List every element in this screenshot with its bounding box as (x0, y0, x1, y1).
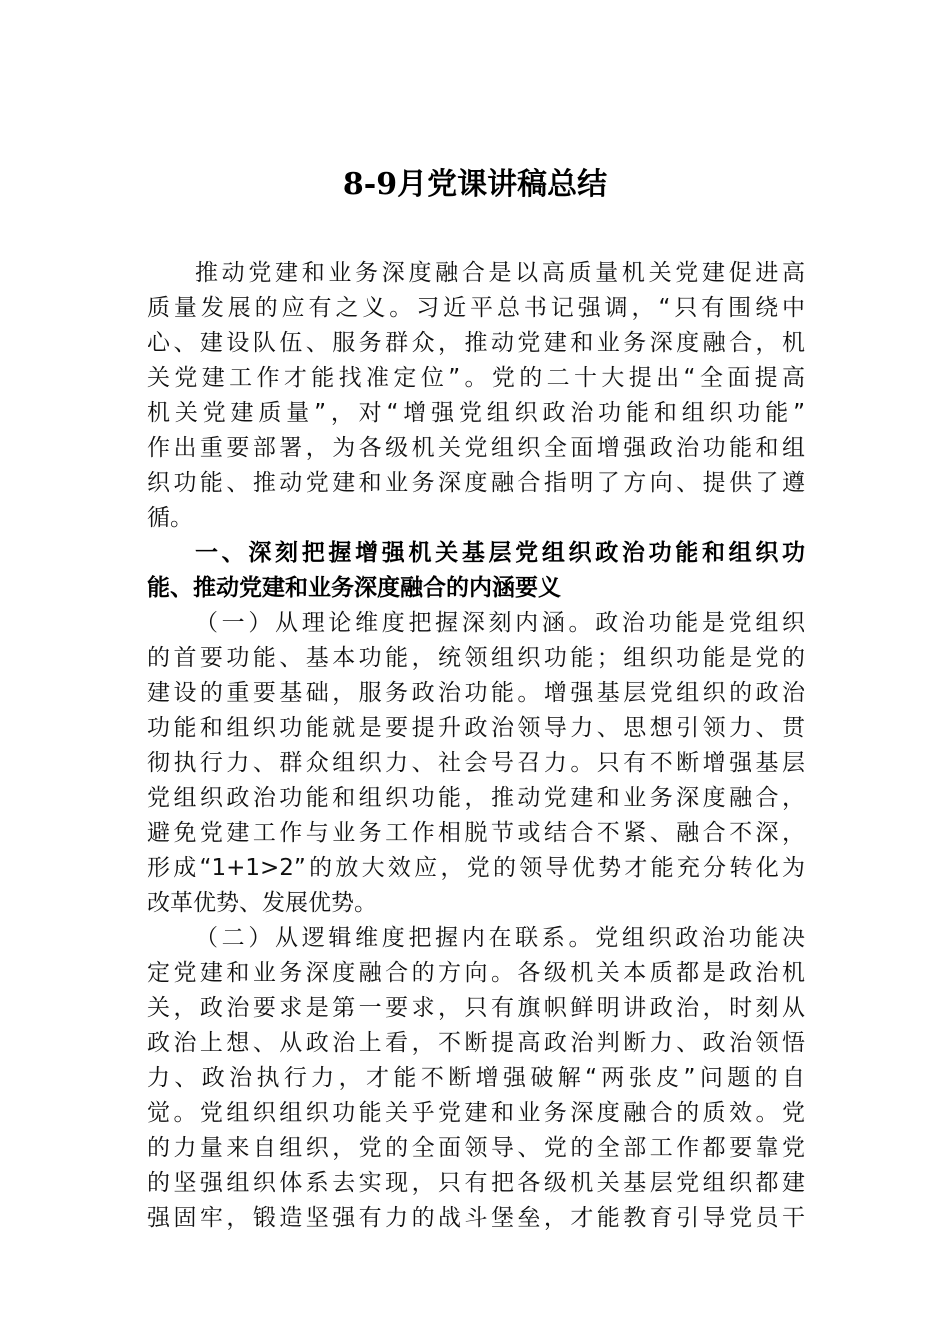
text-line: 党组织政治功能和组织功能，推动党建和业务深度融合， (147, 781, 805, 816)
text-line: 改革优势、发展优势。 (147, 886, 805, 921)
text-line: 织功能、推动党建和业务深度融合指明了方向、提供了遵 (147, 466, 805, 501)
text-line: （二）从逻辑维度把握内在联系。党组织政治功能决 (147, 921, 805, 956)
text-line: 关党建工作才能找准定位”。党的二十大提出“全面提高 (147, 361, 805, 396)
text-line: 作出重要部署，为各级机关党组织全面增强政治功能和组 (147, 431, 805, 466)
text-line: 避免党建工作与业务工作相脱节或结合不紧、融合不深， (147, 816, 805, 851)
document-title: 8-9月党课讲稿总结 (0, 163, 950, 207)
text-line: 心、建设队伍、服务群众，推动党建和业务深度融合，机 (147, 326, 805, 361)
text-line: 关，政治要求是第一要求，只有旗帜鲜明讲政治，时刻从 (147, 991, 805, 1026)
text-line: 彻执行力、群众组织力、社会号召力。只有不断增强基层 (147, 746, 805, 781)
text-line: 的坚强组织体系去实现，只有把各级机关基层党组织都建 (147, 1166, 805, 1201)
document-body: 推动党建和业务深度融合是以高质量机关党建促进高 质量发展的应有之义。习近平总书记… (147, 256, 805, 1236)
text-line: 政治上想、从政治上看，不断提高政治判断力、政治领悟 (147, 1026, 805, 1061)
text-line: 机关党建质量”，对“增强党组织政治功能和组织功能” (147, 396, 805, 431)
text-line: 循。 (147, 501, 805, 536)
text-line: 质量发展的应有之义。习近平总书记强调，“只有围绕中 (147, 291, 805, 326)
text-line: 强固牢，锻造坚强有力的战斗堡垒，才能教育引导党员干 (147, 1201, 805, 1236)
text-line: 力、政治执行力，才能不断增强破解“两张皮”问题的自 (147, 1061, 805, 1096)
text-line: 功能和组织功能就是要提升政治领导力、思想引领力、贯 (147, 711, 805, 746)
text-line: （一）从理论维度把握深刻内涵。政治功能是党组织 (147, 606, 805, 641)
text-line: 形成“1+1>2”的放大效应，党的领导优势才能充分转化为 (147, 851, 805, 886)
text-line: 定党建和业务深度融合的方向。各级机关本质都是政治机 (147, 956, 805, 991)
text-line: 推动党建和业务深度融合是以高质量机关党建促进高 (147, 256, 805, 291)
heading-line: 能、推动党建和业务深度融合的内涵要义 (147, 571, 805, 606)
text-line: 觉。党组织组织功能关乎党建和业务深度融合的质效。党 (147, 1096, 805, 1131)
text-line: 的首要功能、基本功能，统领组织功能；组织功能是党的 (147, 641, 805, 676)
text-line: 建设的重要基础，服务政治功能。增强基层党组织的政治 (147, 676, 805, 711)
text-line: 的力量来自组织，党的全面领导、党的全部工作都要靠党 (147, 1131, 805, 1166)
document-page: 8-9月党课讲稿总结 推动党建和业务深度融合是以高质量机关党建促进高 质量发展的… (0, 0, 950, 1344)
heading-line: 一、深刻把握增强机关基层党组织政治功能和组织功 (147, 536, 805, 571)
